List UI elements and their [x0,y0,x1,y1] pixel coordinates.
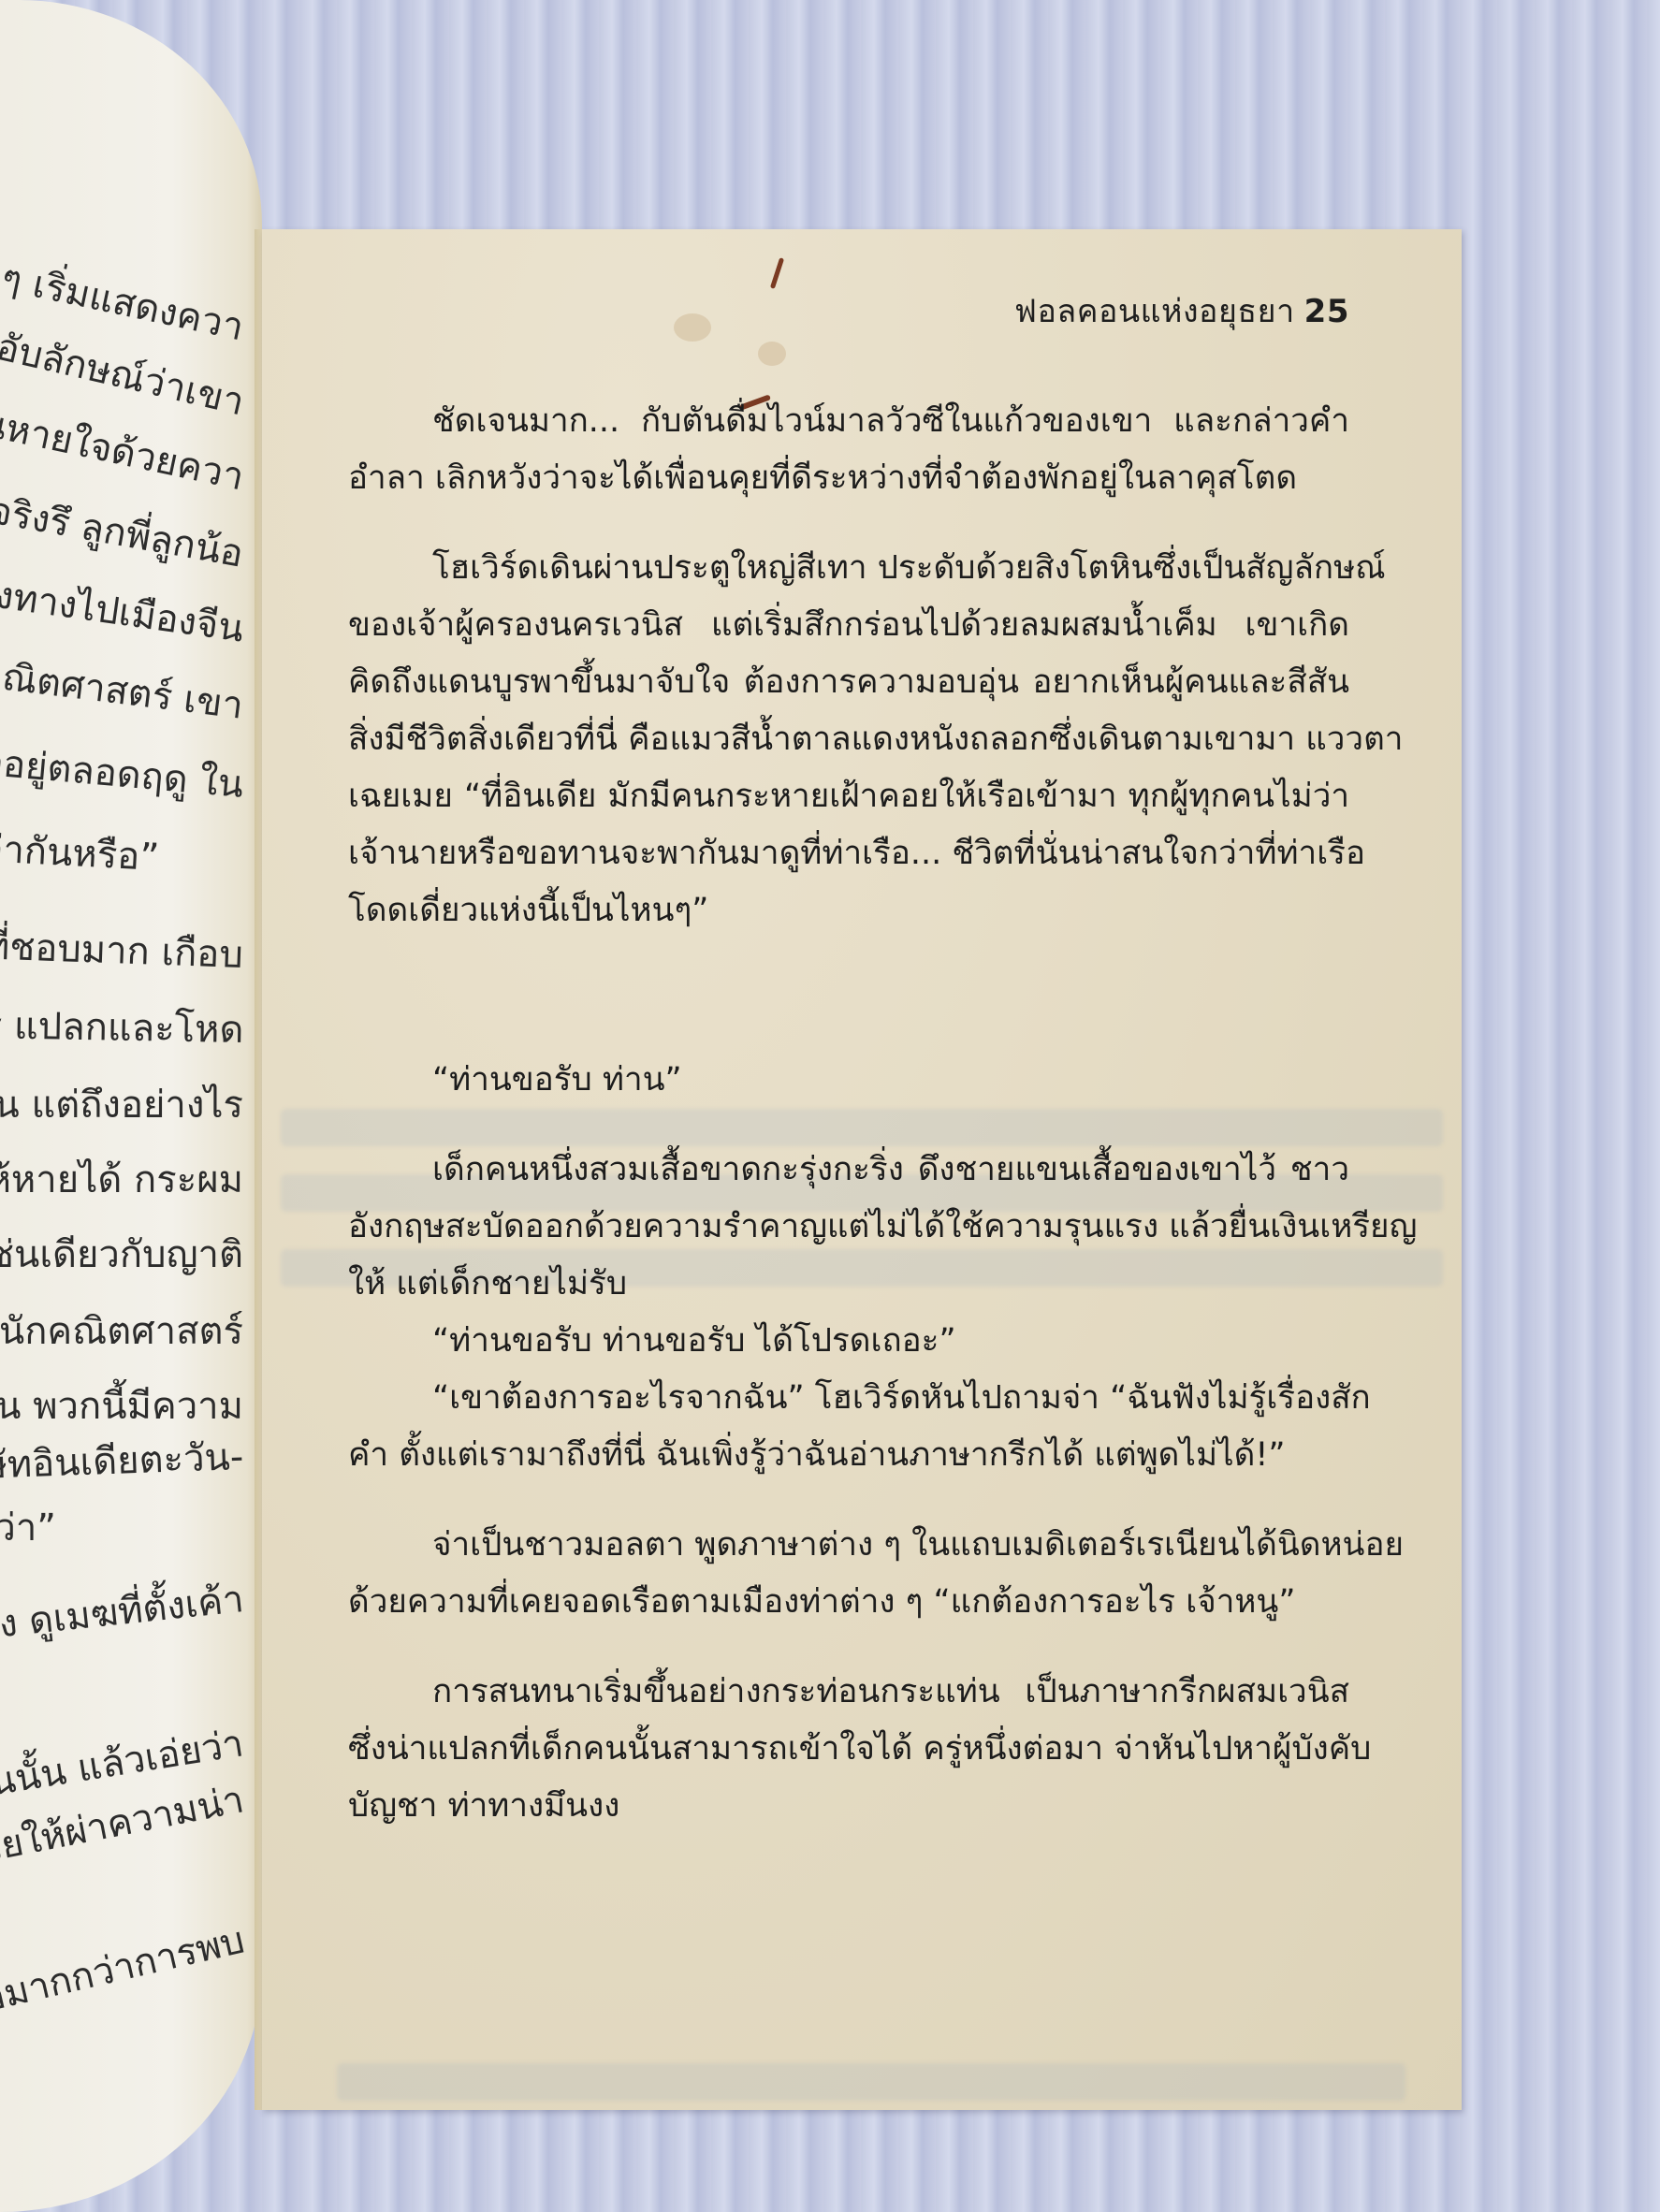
text-line: เจ้านายหรือขอทานจะพากันมาดูที่ท่าเรือ...… [348,825,1349,882]
text-line: “ท่านขอรับ ท่าน” [348,1052,1349,1109]
paper-stain [758,342,786,366]
left-page-line: บบริษัทอินเดียตะวัน- [0,1426,244,1497]
left-page-line: ทั้ง ๆ ที่ชอบมาก เกือบ [0,912,244,984]
text-line: ชัดเจนมาก... กับตันดื่มไวน์มาลวัวซีในแก้… [348,393,1349,450]
left-page-line: อมากกว่าการพบ [0,1910,250,2029]
text-line: ของเจ้าผู้ครองนครเวนิส แต่เริ่มสึกกร่อนไ… [348,597,1349,654]
text-line: จ่าเป็นชาวมอลตา พูดภาษาต่าง ๆ ในแถบเมดิเ… [348,1517,1349,1574]
text-line: “ท่านขอรับ ท่านขอรับ ได้โปรดเถอะ” [348,1313,1349,1370]
paper-stain [674,313,711,342]
text-line: ซึ่งน่าแปลกที่เด็กคนนั้นสามารถเข้าใจได้ … [348,1721,1349,1778]
running-head: ฟอลคอนแห่งอยุธยา25 [1014,285,1349,336]
text-line: เด็กคนหนึ่งสวมเสื้อขาดกะรุ่งกะริ่ง ดึงชา… [348,1142,1349,1199]
text-line: คำ ตั้งแต่เรามาถึงที่นี่ ฉันเพิ่งรู้ว่าฉ… [348,1427,1349,1484]
text-line: เฉยเมย “ที่อินเดีย มักมีคนกระหายเฝ้าคอยใ… [348,768,1349,825]
right-page: ฟอลคอนแห่งอยุธยา25 ชัดเจนมาก... กับตันดื… [262,229,1462,2110]
text-line: อำลา เลิกหวังว่าจะได้เพื่อนคุยที่ดีระหว่… [348,450,1349,507]
body-text: ชัดเจนมาก... กับตันดื่มไวน์มาลวัวซีในแก้… [348,393,1349,1835]
left-page-line: าว่า” [0,1497,56,1557]
text-line: การสนทนาเริ่มขึ้นอย่างกระท่อนกระแท่น เป็… [348,1664,1349,1721]
text-line: คิดถึงแดนบูรพาขึ้นมาจับใจ ต้องการความอบอ… [348,654,1349,711]
left-page-line: พูดถึงนักคณิตศาสตร์ [0,1301,243,1361]
text-line: “เขาต้องการอะไรจากฉัน” โฮเวิร์ดหันไปถามจ… [348,1370,1349,1427]
text-line: โดดเดี่ยวแห่งนี้เป็นไหนๆ” [348,882,1349,939]
left-page-line: ต่าง ดูเมฆที่ตั้งเค้า [0,1568,246,1658]
text-line: สิ่งมีชีวิตสิ่งเดียวที่นี่ คือแมวสีน้ำตา… [348,711,1349,768]
left-page-curled: บเร็ว ๆ เริ่มแสดงควา ยสำเนียงอับลักษณ์ว่… [0,0,262,2212]
text-line: ด้วยความที่เคยจอดเรือตามเมืองท่าต่าง ๆ “… [348,1574,1349,1631]
left-page-line: นดาร แปลกและโหด [0,994,244,1059]
left-page-line: ๆ เล่ากันหรือ” [0,816,161,887]
text-line: ให้ แต่เด็กชายไม่รับ [348,1256,1349,1313]
bleed-through [337,2063,1405,2101]
text-line: โฮเวิร์ดเดินผ่านประตูใหญ่สีเทา ประดับด้ว… [348,540,1349,597]
left-page-line: ลูกที่นั่น แต่ถึงอย่างไร [0,1074,243,1134]
left-page-line: ษาให้หายได้ กระผม [0,1149,243,1209]
page-number: 25 [1304,293,1349,330]
left-page-line: ตายเช่นเดียวกับญาติ [0,1224,243,1284]
text-line: อังกฤษสะบัดออกด้วยความรำคาญแต่ไม่ได้ใช้ค… [348,1199,1349,1256]
book-title: ฟอลคอนแห่งอยุธยา [1014,293,1295,330]
text-line: บัญชา ท่าทางมึนงง [348,1778,1349,1835]
paper-tear-mark [770,257,784,289]
left-page-line: กษาตัวอยู่ตลอดฤดู ใน [0,723,246,814]
